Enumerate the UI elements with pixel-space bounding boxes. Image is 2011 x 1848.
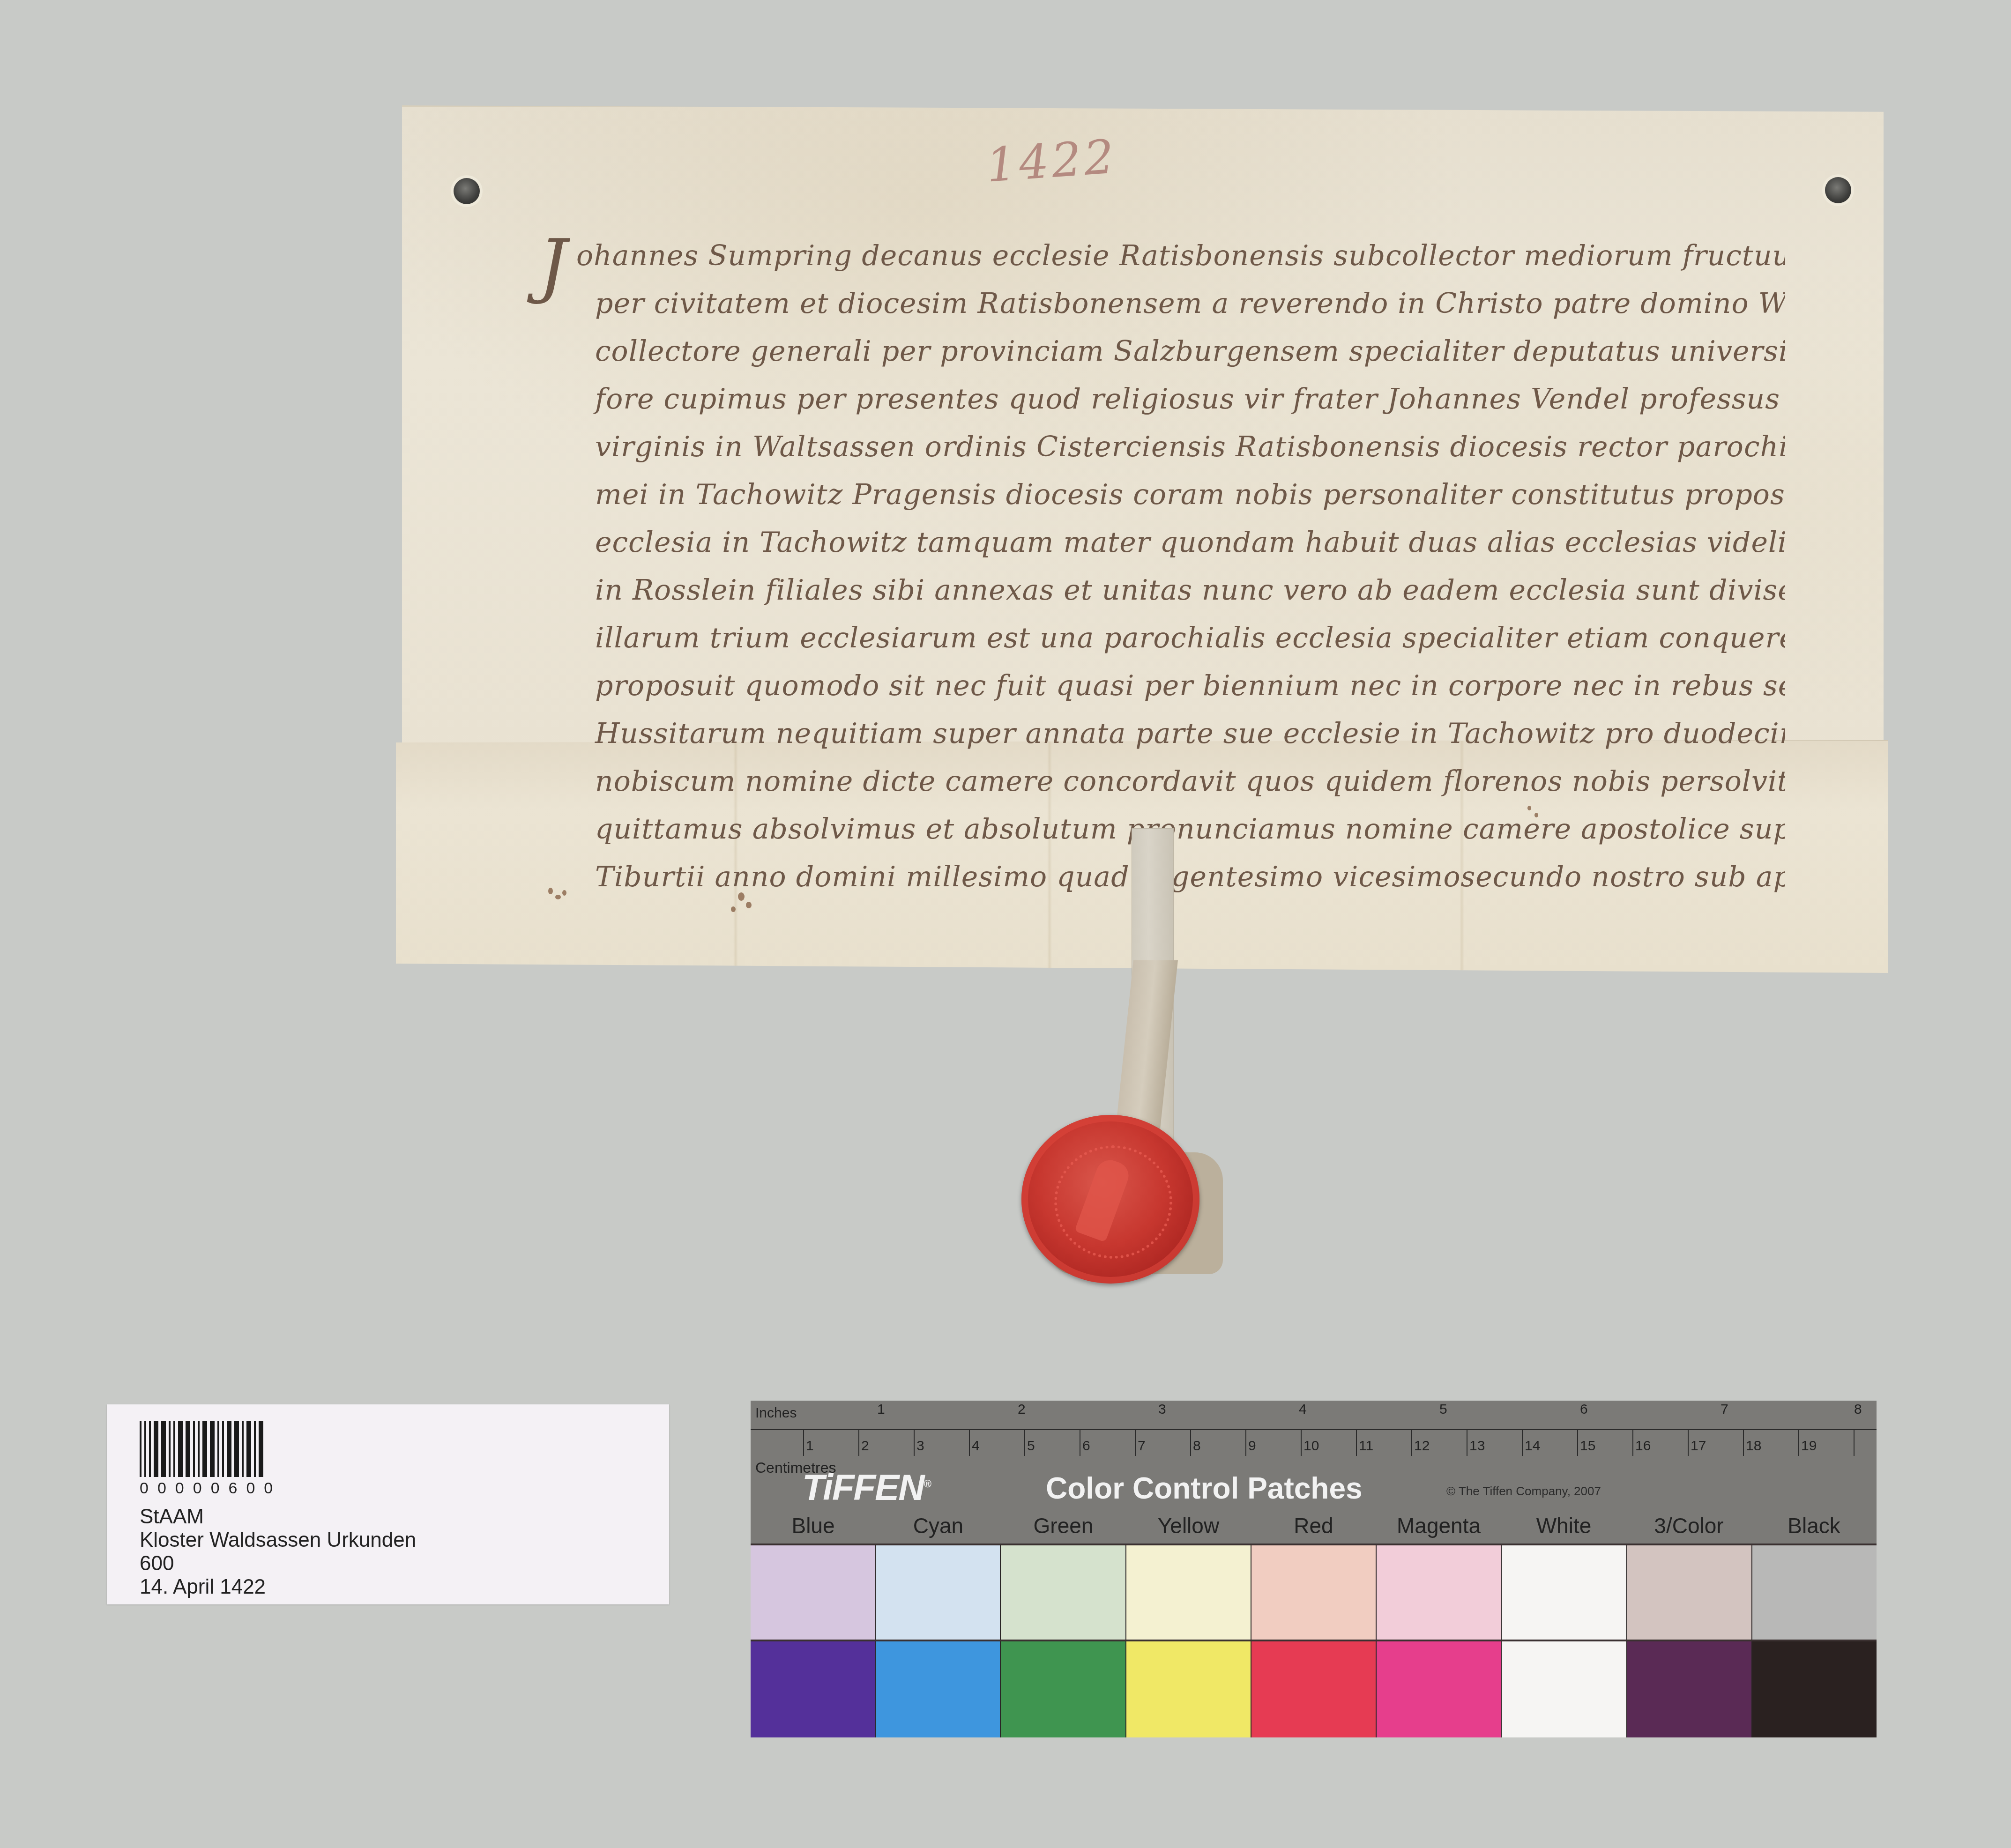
patch-magenta-light	[1377, 1545, 1502, 1641]
patch-label-black: Black	[1751, 1513, 1877, 1538]
patch-yellow-light	[1126, 1545, 1251, 1641]
patch-label-cyan: Cyan	[876, 1513, 1001, 1538]
patch-label-yellow: Yellow	[1126, 1513, 1251, 1538]
cm-tick-label: 11	[1359, 1438, 1373, 1454]
cm-tick-label: 5	[1027, 1438, 1035, 1454]
cm-tick-label: 14	[1525, 1438, 1540, 1454]
ruler-inches-label: Inches	[755, 1405, 797, 1421]
collection-name: Kloster Waldsassen Urkunden	[140, 1529, 416, 1552]
cm-tick-label: 18	[1746, 1438, 1761, 1454]
cm-tick-label: 8	[1193, 1438, 1201, 1454]
cm-tick-label: 7	[1138, 1438, 1146, 1454]
patch-label-red: Red	[1251, 1513, 1376, 1538]
barcode-icon	[140, 1421, 266, 1477]
document-number: 600	[140, 1552, 174, 1575]
strip-title: Color Control Patches	[1046, 1471, 1363, 1506]
manuscript-line: illarum trium ecclesiarum est una paroch…	[539, 614, 1785, 662]
cm-tick-label: 4	[972, 1438, 980, 1454]
tiffen-logo: TiFFEN®	[802, 1466, 931, 1509]
copyright-notice: © The Tiffen Company, 2007	[1446, 1484, 1601, 1499]
manuscript-line: virginis in Waltsassen ordinis Cistercie…	[539, 423, 1785, 471]
cm-tick-label: 3	[916, 1438, 924, 1454]
cm-tick-label: 15	[1580, 1438, 1595, 1454]
patch-white-light	[1502, 1545, 1627, 1641]
patch-blue-light	[751, 1545, 876, 1641]
manuscript-line: proposuit quomodo sit nec fuit quasi per…	[539, 662, 1785, 710]
barcode-number: 00000600	[140, 1479, 282, 1498]
manuscript-line: Hussitarum nequitiam super annata parte …	[539, 710, 1785, 757]
foxing-stain	[1527, 806, 1531, 810]
archive-name: StAAM	[140, 1505, 204, 1529]
foxing-stain	[738, 892, 745, 901]
manuscript-line: per civitatem et diocesim Ratisbonensem …	[539, 280, 1785, 327]
patch-black-light	[1752, 1545, 1877, 1641]
patch-yellow-dark	[1126, 1641, 1251, 1737]
cm-tick-label: 12	[1414, 1438, 1430, 1454]
cm-tick-label: 17	[1691, 1438, 1706, 1454]
cm-tick-label: 1	[806, 1438, 814, 1454]
foxing-stain	[746, 902, 752, 908]
inch-tick-label: 2	[1018, 1402, 1026, 1418]
patch-3color-dark	[1627, 1641, 1752, 1737]
cm-tick-label: 16	[1635, 1438, 1651, 1454]
punch-hole-right	[1825, 177, 1851, 203]
patch-label-green: Green	[1001, 1513, 1126, 1538]
manuscript-line: fore cupimus per presentes quod religios…	[539, 375, 1785, 423]
patch-cyan-light	[876, 1545, 1001, 1641]
cm-tick-label: 6	[1082, 1438, 1090, 1454]
patch-white-dark	[1502, 1641, 1627, 1737]
inch-tick-label: 5	[1439, 1402, 1447, 1418]
patch-red-light	[1251, 1545, 1377, 1641]
foxing-stain	[555, 895, 561, 899]
charter-text: ohannes Sumpring decanus ecclesie Ratisb…	[539, 232, 1785, 901]
foxing-stain	[1534, 813, 1538, 817]
foxing-stain	[548, 888, 553, 894]
manuscript-line: ohannes Sumpring decanus ecclesie Ratisb…	[539, 232, 1785, 280]
patch-row-light	[751, 1544, 1877, 1641]
inch-tick-label: 8	[1854, 1402, 1862, 1418]
inch-tick-label: 1	[877, 1402, 885, 1418]
punch-hole-left	[454, 178, 480, 204]
manuscript-line: mei in Tachowitz Pragensis diocesis cora…	[539, 471, 1785, 519]
patch-green-dark	[1001, 1641, 1126, 1737]
patch-row-dark	[751, 1640, 1877, 1737]
inch-tick-label: 3	[1158, 1402, 1166, 1418]
cm-tick-label: 9	[1248, 1438, 1256, 1454]
patch-black-dark	[1752, 1641, 1877, 1737]
patch-label-magenta: Magenta	[1376, 1513, 1501, 1538]
red-wax-seal	[1021, 1115, 1199, 1284]
tiffen-color-control-strip: Inches Centimetres 1 2 3 4 5 6 7 8 1 2 3…	[751, 1401, 1877, 1736]
patch-label-3color: 3/Color	[1626, 1513, 1751, 1538]
ruler-inches: Inches	[751, 1401, 1877, 1430]
archive-label: 00000600 StAAM Kloster Waldsassen Urkund…	[107, 1404, 669, 1604]
inch-tick-label: 6	[1580, 1402, 1588, 1418]
manuscript-line: in Rosslein filiales sibi annexas et uni…	[539, 566, 1785, 614]
foxing-stain	[731, 906, 736, 912]
document-date: 14. April 1422	[140, 1575, 266, 1599]
inch-tick-label: 7	[1721, 1402, 1728, 1418]
cm-tick-label: 10	[1303, 1438, 1319, 1454]
cm-tick-label: 2	[861, 1438, 869, 1454]
cm-tick-label: 13	[1469, 1438, 1485, 1454]
patch-label-white: White	[1501, 1513, 1626, 1538]
patch-cyan-dark	[876, 1641, 1001, 1737]
patch-label-blue: Blue	[751, 1513, 876, 1538]
foxing-stain	[562, 890, 566, 896]
manuscript-line: collectore generali per provinciam Salzb…	[539, 327, 1785, 375]
cm-tick-label: 19	[1801, 1438, 1817, 1454]
patch-red-dark	[1251, 1641, 1377, 1737]
patch-green-light	[1001, 1545, 1126, 1641]
manuscript-line: nobiscum nomine dicte camere concordavit…	[539, 757, 1785, 805]
patch-blue-dark	[751, 1641, 876, 1737]
archive-date-annotation: 1422	[984, 129, 1118, 193]
patch-3color-light	[1627, 1545, 1752, 1641]
manuscript-line: ecclesia in Tachowitz tamquam mater quon…	[539, 519, 1785, 566]
patch-magenta-dark	[1377, 1641, 1502, 1737]
patch-labels: Blue Cyan Green Yellow Red Magenta White…	[751, 1513, 1877, 1538]
inch-tick-label: 4	[1299, 1402, 1307, 1418]
